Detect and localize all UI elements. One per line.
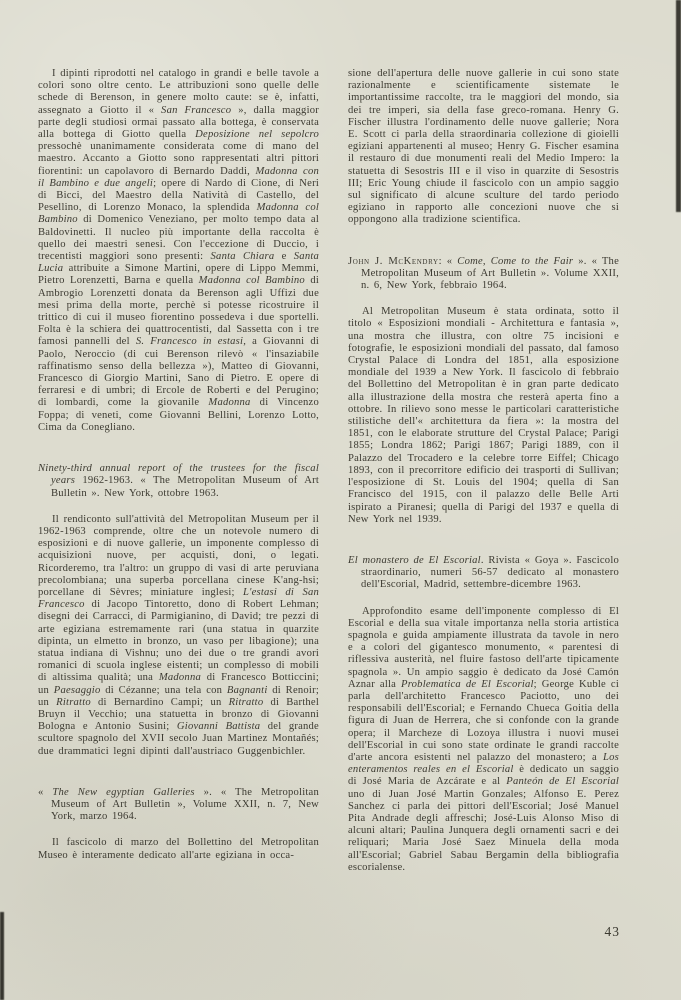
scan-artifact-right-edge [676,0,681,212]
body-paragraph: Approfondito esame dell'imponente comple… [348,606,619,874]
scan-artifact-bottom-left [0,912,4,1000]
body-paragraph: I dipinti riprodotti nel catalogo in gra… [38,68,319,434]
bibliography-entry: John J. McKendry: « Come, Come to the Fa… [348,256,619,293]
bibliography-entry: « The New egyptian Galleries ». « The Me… [38,787,319,824]
left-column: I dipinti riprodotti nel catalogo in gra… [38,68,319,862]
body-paragraph: Il fascicolo di marzo del Bollettino del… [38,837,319,861]
scanned-page: I dipinti riprodotti nel catalogo in gra… [0,0,681,1000]
body-paragraph: Al Metropolitan Museum è stata ordinata,… [348,306,619,526]
right-column: sione dell'apertura delle nuove gallerie… [348,68,619,874]
body-paragraph: Il rendiconto sull'attività del Metropol… [38,514,319,758]
bibliography-entry: Ninety-third annual report of the truste… [38,463,319,500]
page-number: 43 [540,924,620,940]
body-paragraph: sione dell'apertura delle nuove gallerie… [348,68,619,227]
bibliography-entry: El monastero de El Escorial. Rivista « G… [348,555,619,592]
